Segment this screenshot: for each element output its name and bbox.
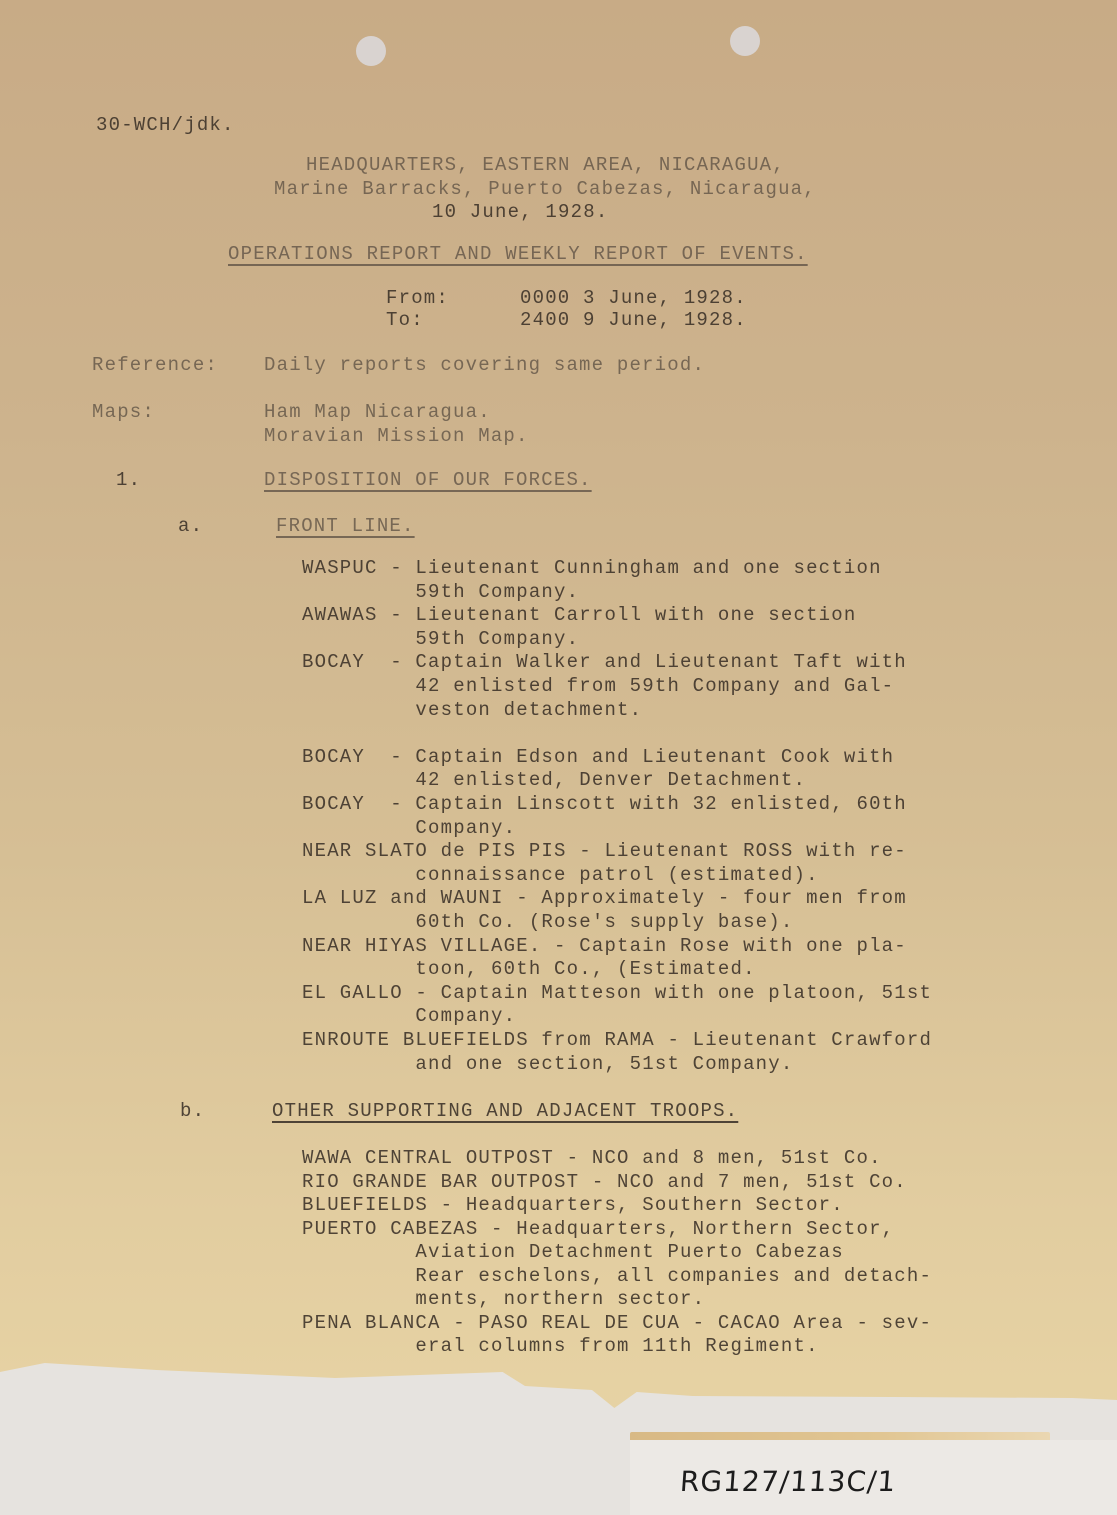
list-line: PENA BLANCA - PASO REAL DE CUA - CACAO A… <box>302 1312 932 1334</box>
header-date: 10 June, 1928. <box>432 201 608 223</box>
list-line: RIO GRANDE BAR OUTPOST - NCO and 7 men, … <box>302 1171 907 1193</box>
list-line: NEAR SLATO de PIS PIS - Lieutenant ROSS … <box>302 840 907 862</box>
list-line: 59th Company. <box>302 628 579 650</box>
map-item-1: Ham Map Nicaragua. <box>264 401 491 423</box>
list-line: connaissance patrol (estimated). <box>302 864 819 886</box>
header-line-2: Marine Barracks, Puerto Cabezas, Nicarag… <box>274 178 816 200</box>
list-line: toon, 60th Co., (Estimated. <box>302 958 756 980</box>
period-to-value: 2400 9 June, 1928. <box>520 309 747 331</box>
punch-hole-right <box>730 26 760 56</box>
list-line: EL GALLO - Captain Matteson with one pla… <box>302 982 932 1004</box>
section-title: DISPOSITION OF OUR FORCES. <box>264 469 592 491</box>
page-number: -1- <box>552 1402 581 1418</box>
list-line: PUERTO CABEZAS - Headquarters, Northern … <box>302 1218 894 1240</box>
subsection-b-letter: b. <box>180 1100 205 1122</box>
list-line: LA LUZ and WAUNI - Approximately - four … <box>302 887 907 909</box>
map-item-2: Moravian Mission Map. <box>264 425 529 447</box>
list-line: BLUEFIELDS - Headquarters, Southern Sect… <box>302 1194 844 1216</box>
period-from-value: 0000 3 June, 1928. <box>520 287 747 309</box>
list-line: 59th Company. <box>302 581 579 603</box>
period-to-label: To: <box>386 309 424 331</box>
list-line: Aviation Detachment Puerto Cabezas <box>302 1241 844 1263</box>
list-line: and one section, 51st Company. <box>302 1053 793 1075</box>
list-line: Rear eschelons, all companies and detach… <box>302 1265 932 1287</box>
header-line-1: HEADQUARTERS, EASTERN AREA, NICARAGUA, <box>306 154 785 176</box>
subsection-a-title: FRONT LINE. <box>276 515 415 537</box>
subsection-a-letter: a. <box>178 515 203 537</box>
list-line: BOCAY - Captain Linscott with 32 enliste… <box>302 793 907 815</box>
archive-label: RG127/113C/1 <box>679 1465 898 1498</box>
file-code: 30-WCH/jdk. <box>96 114 235 136</box>
list-line: WAWA CENTRAL OUTPOST - NCO and 8 men, 51… <box>302 1147 882 1169</box>
list-line: 42 enlisted, Denver Detachment. <box>302 769 806 791</box>
list-line: eral columns from 11th Regiment. <box>302 1335 819 1357</box>
list-line: BOCAY - Captain Edson and Lieutenant Coo… <box>302 746 894 768</box>
list-line: 60th Co. (Rose's supply base). <box>302 911 793 933</box>
list-line: WASPUC - Lieutenant Cunningham and one s… <box>302 557 882 579</box>
document-page: 30-WCH/jdk. HEADQUARTERS, EASTERN AREA, … <box>0 0 1117 1430</box>
list-line: ENROUTE BLUEFIELDS from RAMA - Lieutenan… <box>302 1029 932 1051</box>
list-line: 42 enlisted from 59th Company and Gal- <box>302 675 894 697</box>
punch-hole-left <box>356 36 386 66</box>
maps-label: Maps: <box>92 401 155 423</box>
reference-label: Reference: <box>92 354 218 376</box>
section-number: 1. <box>116 469 141 491</box>
period-from-label: From: <box>386 287 449 309</box>
report-title: OPERATIONS REPORT AND WEEKLY REPORT OF E… <box>228 243 808 265</box>
subsection-b-title: OTHER SUPPORTING AND ADJACENT TROOPS. <box>272 1100 738 1122</box>
list-line: Company. <box>302 1005 516 1027</box>
reference-value: Daily reports covering same period. <box>264 354 705 376</box>
list-line: ments, northern sector. <box>302 1288 705 1310</box>
list-line: AWAWAS - Lieutenant Carroll with one sec… <box>302 604 856 626</box>
list-line: NEAR HIYAS VILLAGE. - Captain Rose with … <box>302 935 907 957</box>
list-line: BOCAY - Captain Walker and Lieutenant Ta… <box>302 651 907 673</box>
list-line: veston detachment. <box>302 699 642 721</box>
list-line: Company. <box>302 817 516 839</box>
